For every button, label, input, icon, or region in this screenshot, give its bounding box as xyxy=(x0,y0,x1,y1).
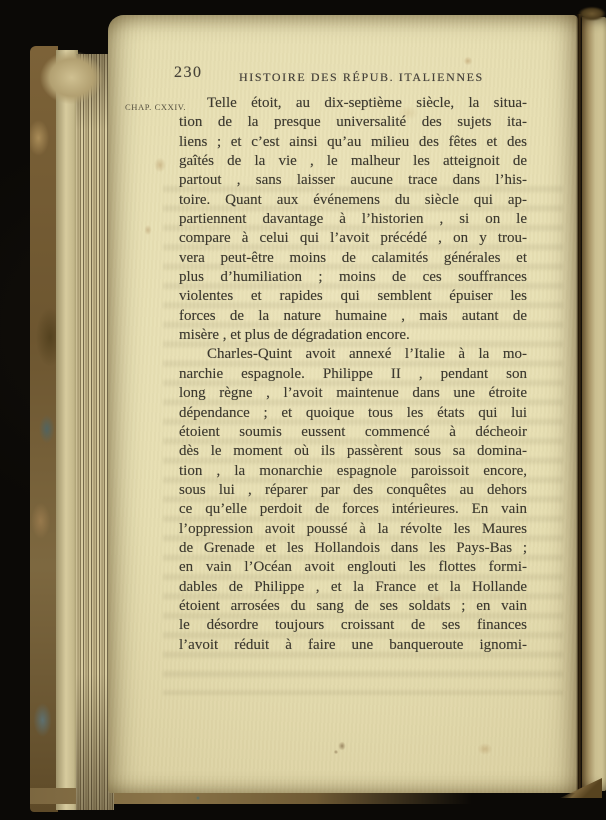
text-line: violentes et rapides qui semblent épuise… xyxy=(179,287,527,306)
text-line: dépendance ; et quoique tous les états q… xyxy=(179,404,527,423)
text-line: l’oppression avoit poussé à la révolte l… xyxy=(179,520,527,539)
book-cover-edge-left xyxy=(30,46,58,812)
text-line: en vain l’Océan avoit englouti les flott… xyxy=(179,558,527,577)
text-line: dables de Philippe , et la France et la … xyxy=(179,578,527,597)
gutter-shadow xyxy=(576,14,582,796)
headband xyxy=(578,5,606,21)
text-line: narchie espagnole. Philippe II , pendant… xyxy=(179,365,527,384)
text-line: toire. Quant aux événemens du siècle qui… xyxy=(179,191,527,210)
text-line: misère , et plus de dégradation encore. xyxy=(179,326,527,345)
text-line: compare à celui qui l’avoit précédé , on… xyxy=(179,229,527,248)
text-line: étoient soumis eussent commencé à décheo… xyxy=(179,423,527,442)
text-line: tion , la monarchie espagnole paroissoit… xyxy=(179,462,527,481)
text-line: de Grenade et les Hollandois dans les Pa… xyxy=(179,539,527,558)
text-line: sous lui , réparer par des conquêtes au … xyxy=(179,481,527,500)
text-line: gaîtés de la vie , le malheur les atteig… xyxy=(179,152,527,171)
text-line: étoient arrosées du sang de ses soldats … xyxy=(179,597,527,616)
facing-page-sliver xyxy=(582,17,606,791)
text-line: l’avoit réduit à faire une banqueroute i… xyxy=(179,636,527,655)
endpaper-fold xyxy=(56,50,78,810)
text-line: liens ; et c’est ainsi qu’au milieu des … xyxy=(179,133,527,152)
text-line: plus d’humiliation ; moins de ces souffr… xyxy=(179,268,527,287)
text-line: Telle étoit, au dix-septième siècle, la … xyxy=(179,94,527,113)
text-line: forces de la nature humaine , mais autan… xyxy=(179,307,527,326)
text-line: partout , sans laisser aucune trace dans… xyxy=(179,171,527,190)
page-number: 230 xyxy=(174,64,203,82)
running-title: HISTOIRE DES RÉPUB. ITALIENNES xyxy=(239,70,484,85)
book-page: 230 HISTOIRE DES RÉPUB. ITALIENNES CHAP.… xyxy=(108,15,578,793)
text-line: long règne , l’avoit maintenue dans une … xyxy=(179,384,527,403)
text-line: vera peut-être moins de calamités généra… xyxy=(179,249,527,268)
text-line: Charles-Quint avoit annexé l’Italie à la… xyxy=(179,345,527,364)
chapter-margin-note: CHAP. CXXIV. xyxy=(125,102,186,112)
text-line: partiennent davantage à l’historien , si… xyxy=(179,210,527,229)
text-line: dès le moment où ils passèrent sous sa d… xyxy=(179,442,527,461)
scanned-book-photo: 230 HISTOIRE DES RÉPUB. ITALIENNES CHAP.… xyxy=(0,0,606,820)
text-line: ce qu’elle perdoit de forces intérieures… xyxy=(179,500,527,519)
text-line: le désordre toujours croissant de ses fi… xyxy=(179,616,527,635)
text-line: tion de la presque universalité des suje… xyxy=(179,113,527,132)
body-text: Telle étoit, au dix-septième siècle, la … xyxy=(179,94,527,655)
